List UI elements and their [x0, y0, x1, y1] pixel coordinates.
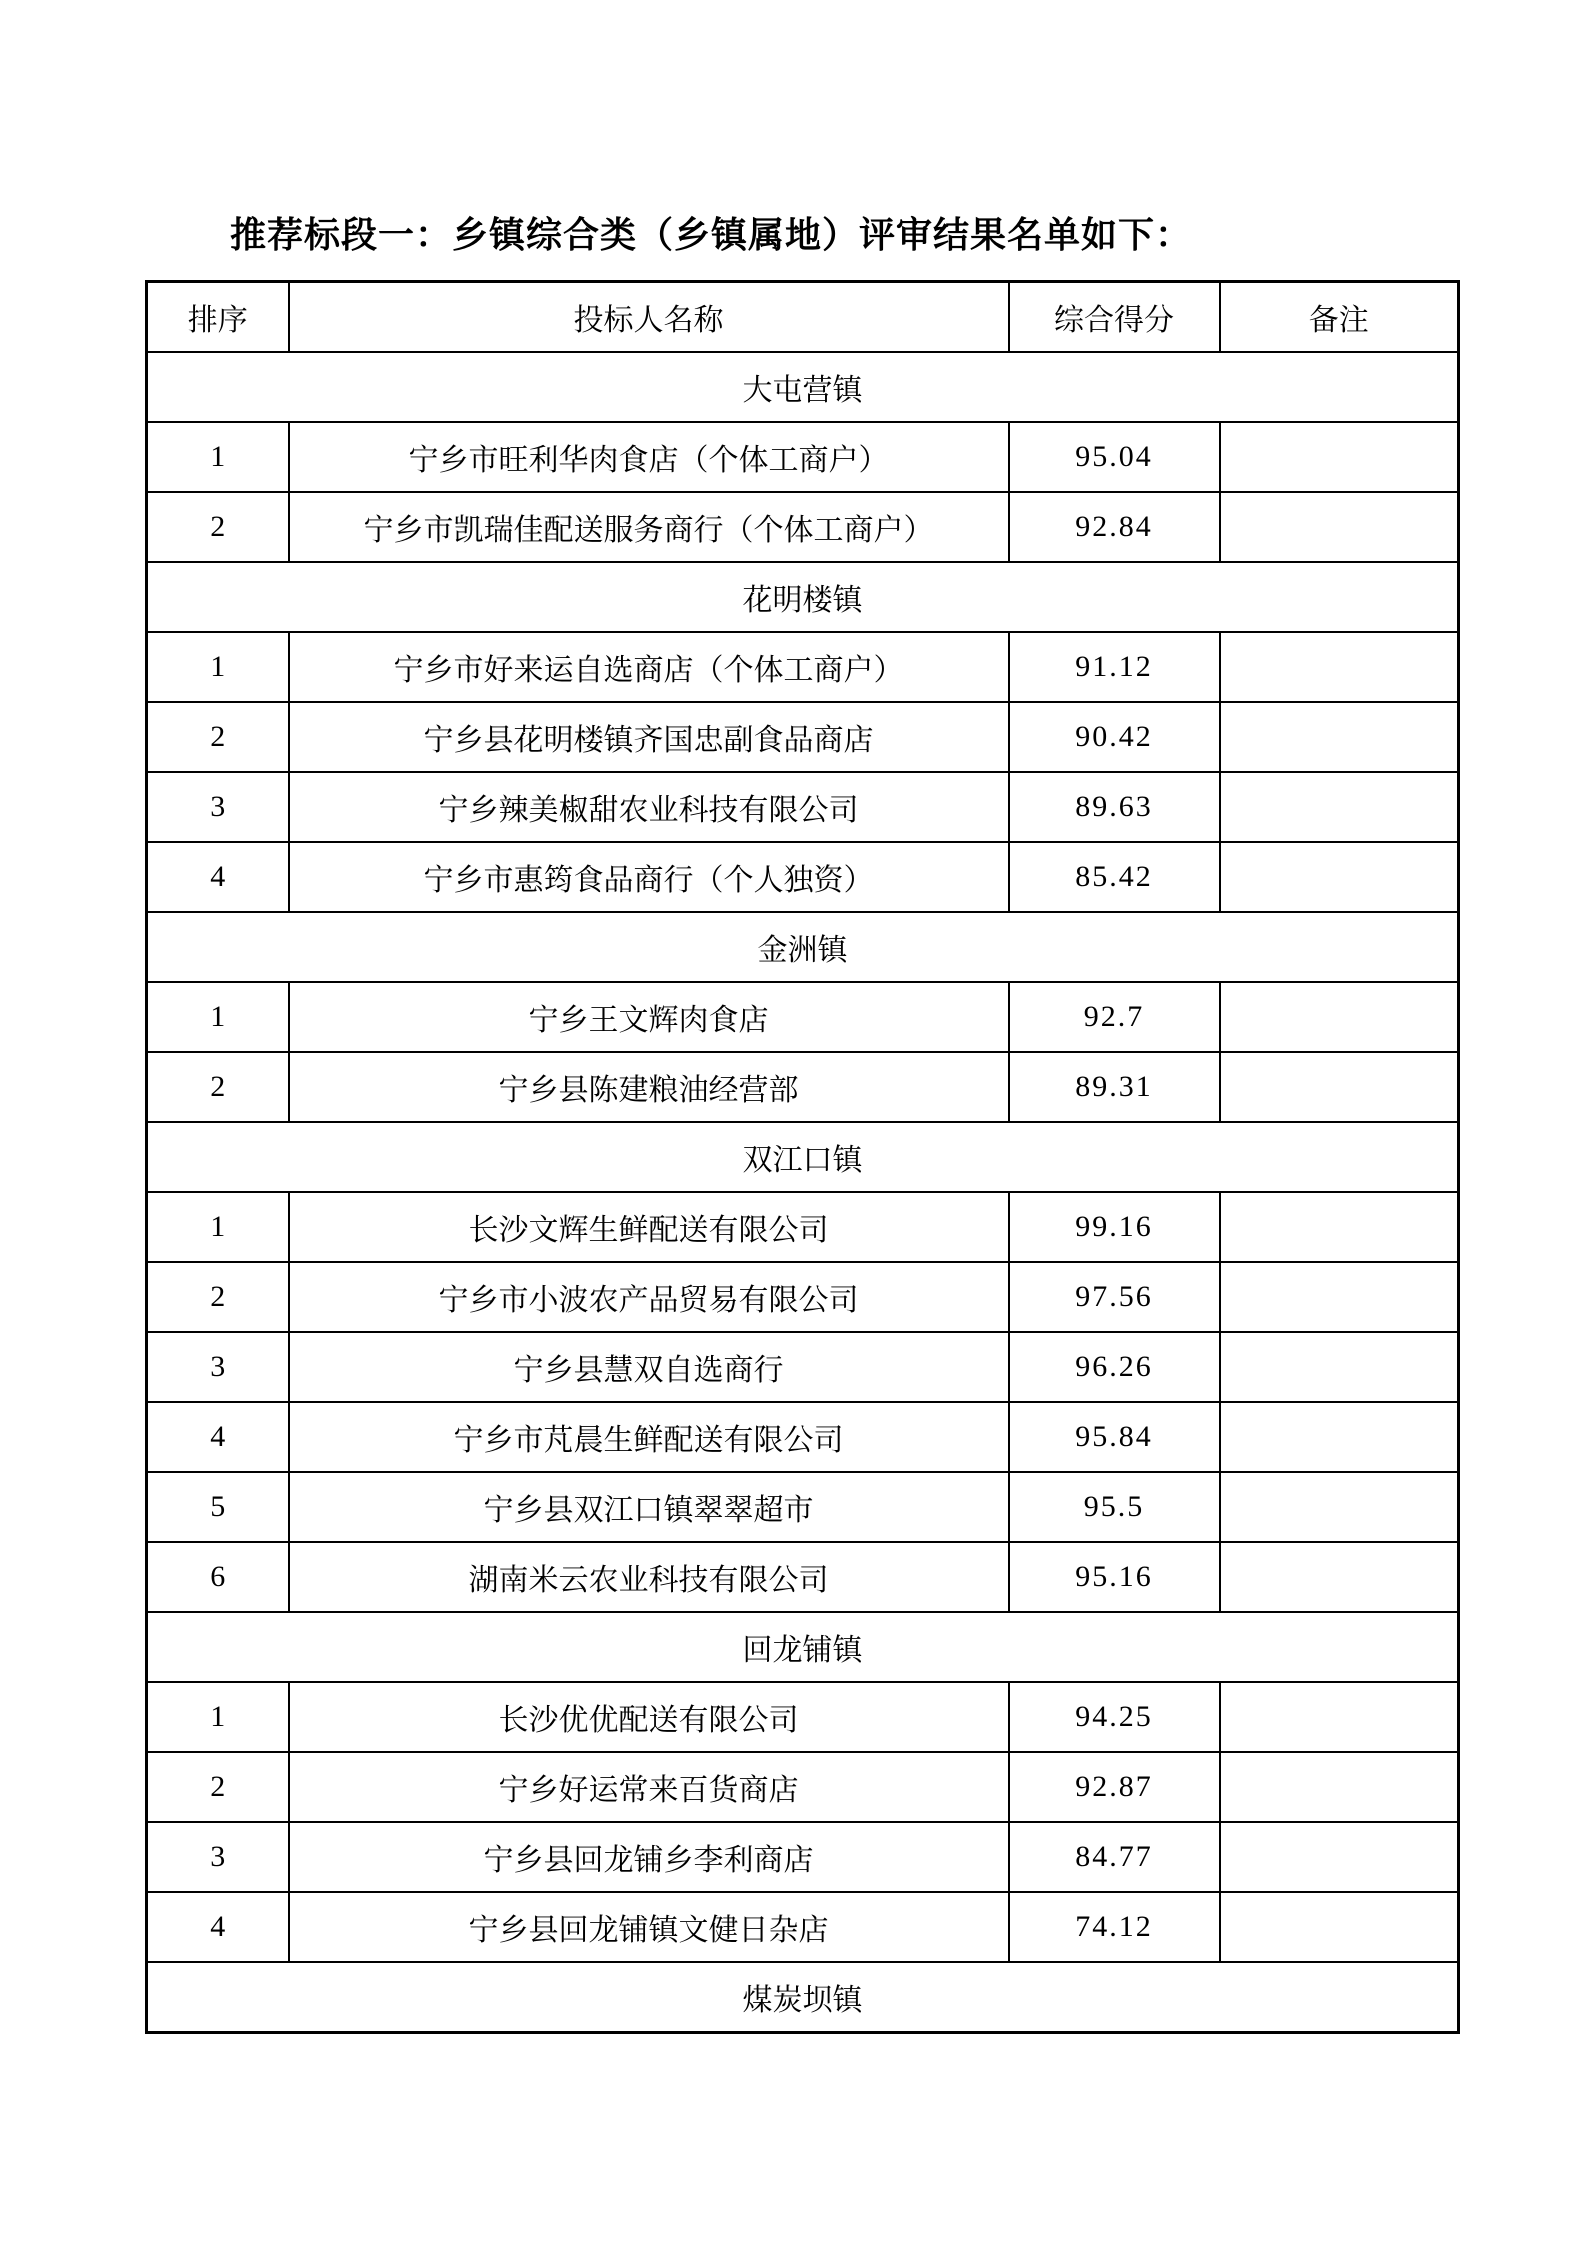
rank-cell: 2 [147, 492, 289, 562]
table-row: 3宁乡县慧双自选商行96.26 [147, 1332, 1459, 1402]
section-name: 回龙铺镇 [147, 1612, 1459, 1682]
bidder-cell: 湖南米云农业科技有限公司 [289, 1542, 1009, 1612]
section-name: 金洲镇 [147, 912, 1459, 982]
bidder-cell: 宁乡好运常来百货商店 [289, 1752, 1009, 1822]
table-row: 4宁乡市芃晨生鲜配送有限公司95.84 [147, 1402, 1459, 1472]
section-name: 煤炭坝镇 [147, 1962, 1459, 2033]
section-row: 大屯营镇 [147, 352, 1459, 422]
section-name: 双江口镇 [147, 1122, 1459, 1192]
bidder-cell: 宁乡县花明楼镇齐国忠副食品商店 [289, 702, 1009, 772]
table-row: 1宁乡王文辉肉食店92.7 [147, 982, 1459, 1052]
document-title: 推荐标段一：乡镇综合类（乡镇属地）评审结果名单如下： [230, 207, 1192, 258]
score-cell: 99.16 [1009, 1192, 1220, 1262]
rank-cell: 4 [147, 842, 289, 912]
rank-cell: 1 [147, 982, 289, 1052]
rank-cell: 6 [147, 1542, 289, 1612]
score-cell: 84.77 [1009, 1822, 1220, 1892]
table-row: 4宁乡市惠筠食品商行（个人独资）85.42 [147, 842, 1459, 912]
table-row: 1长沙文辉生鲜配送有限公司99.16 [147, 1192, 1459, 1262]
section-row: 金洲镇 [147, 912, 1459, 982]
table-row: 4宁乡县回龙铺镇文健日杂店74.12 [147, 1892, 1459, 1962]
bidder-cell: 宁乡市好来运自选商店（个体工商户） [289, 632, 1009, 702]
results-table-body: 大屯营镇1宁乡市旺利华肉食店（个体工商户）95.042宁乡市凯瑞佳配送服务商行（… [147, 352, 1459, 2033]
bidder-cell: 长沙文辉生鲜配送有限公司 [289, 1192, 1009, 1262]
remark-cell [1220, 702, 1459, 772]
score-cell: 85.42 [1009, 842, 1220, 912]
score-cell: 91.12 [1009, 632, 1220, 702]
rank-cell: 3 [147, 772, 289, 842]
table-row: 2宁乡市小波农产品贸易有限公司97.56 [147, 1262, 1459, 1332]
table-row: 2宁乡市凯瑞佳配送服务商行（个体工商户）92.84 [147, 492, 1459, 562]
table-row: 2宁乡县陈建粮油经营部89.31 [147, 1052, 1459, 1122]
remark-cell [1220, 1892, 1459, 1962]
rank-cell: 3 [147, 1822, 289, 1892]
results-table: 排序 投标人名称 综合得分 备注 大屯营镇1宁乡市旺利华肉食店（个体工商户）95… [145, 280, 1460, 2034]
bidder-cell: 宁乡县双江口镇翠翠超市 [289, 1472, 1009, 1542]
rank-cell: 1 [147, 632, 289, 702]
rank-cell: 1 [147, 422, 289, 492]
remark-cell [1220, 1402, 1459, 1472]
score-cell: 92.84 [1009, 492, 1220, 562]
bidder-cell: 宁乡市惠筠食品商行（个人独资） [289, 842, 1009, 912]
remark-cell [1220, 1472, 1459, 1542]
table-row: 2宁乡县花明楼镇齐国忠副食品商店90.42 [147, 702, 1459, 772]
score-cell: 95.04 [1009, 422, 1220, 492]
remark-cell [1220, 492, 1459, 562]
score-cell: 89.63 [1009, 772, 1220, 842]
results-table-head: 排序 投标人名称 综合得分 备注 [147, 282, 1459, 353]
remark-cell [1220, 1262, 1459, 1332]
bidder-cell: 宁乡县慧双自选商行 [289, 1332, 1009, 1402]
score-cell: 96.26 [1009, 1332, 1220, 1402]
score-cell: 92.7 [1009, 982, 1220, 1052]
score-cell: 95.5 [1009, 1472, 1220, 1542]
rank-cell: 2 [147, 1752, 289, 1822]
score-cell: 95.16 [1009, 1542, 1220, 1612]
score-cell: 97.56 [1009, 1262, 1220, 1332]
table-row: 5宁乡县双江口镇翠翠超市95.5 [147, 1472, 1459, 1542]
bidder-cell: 宁乡市旺利华肉食店（个体工商户） [289, 422, 1009, 492]
remark-cell [1220, 842, 1459, 912]
table-row: 2宁乡好运常来百货商店92.87 [147, 1752, 1459, 1822]
bidder-cell: 宁乡县回龙铺镇文健日杂店 [289, 1892, 1009, 1962]
table-row: 3宁乡辣美椒甜农业科技有限公司89.63 [147, 772, 1459, 842]
score-cell: 89.31 [1009, 1052, 1220, 1122]
score-cell: 74.12 [1009, 1892, 1220, 1962]
section-name: 花明楼镇 [147, 562, 1459, 632]
bidder-cell: 宁乡县陈建粮油经营部 [289, 1052, 1009, 1122]
remark-cell [1220, 1052, 1459, 1122]
col-header-remark: 备注 [1220, 282, 1459, 353]
table-row: 6湖南米云农业科技有限公司95.16 [147, 1542, 1459, 1612]
table-row: 1长沙优优配送有限公司94.25 [147, 1682, 1459, 1752]
score-cell: 94.25 [1009, 1682, 1220, 1752]
col-header-score: 综合得分 [1009, 282, 1220, 353]
remark-cell [1220, 1822, 1459, 1892]
section-row: 双江口镇 [147, 1122, 1459, 1192]
bidder-cell: 宁乡市凯瑞佳配送服务商行（个体工商户） [289, 492, 1009, 562]
bidder-cell: 宁乡县回龙铺乡李利商店 [289, 1822, 1009, 1892]
score-cell: 90.42 [1009, 702, 1220, 772]
rank-cell: 3 [147, 1332, 289, 1402]
section-row: 花明楼镇 [147, 562, 1459, 632]
section-name: 大屯营镇 [147, 352, 1459, 422]
section-row: 回龙铺镇 [147, 1612, 1459, 1682]
rank-cell: 2 [147, 1262, 289, 1332]
remark-cell [1220, 422, 1459, 492]
bidder-cell: 宁乡王文辉肉食店 [289, 982, 1009, 1052]
remark-cell [1220, 632, 1459, 702]
bidder-cell: 长沙优优配送有限公司 [289, 1682, 1009, 1752]
remark-cell [1220, 1542, 1459, 1612]
document-page: 推荐标段一：乡镇综合类（乡镇属地）评审结果名单如下： 排序 投标人名称 综合得分… [0, 0, 1587, 2245]
rank-cell: 1 [147, 1192, 289, 1262]
table-row: 3宁乡县回龙铺乡李利商店84.77 [147, 1822, 1459, 1892]
results-table-container: 排序 投标人名称 综合得分 备注 大屯营镇1宁乡市旺利华肉食店（个体工商户）95… [145, 280, 1457, 2034]
remark-cell [1220, 1332, 1459, 1402]
bidder-cell: 宁乡市芃晨生鲜配送有限公司 [289, 1402, 1009, 1472]
header-row: 排序 投标人名称 综合得分 备注 [147, 282, 1459, 353]
rank-cell: 2 [147, 702, 289, 772]
rank-cell: 1 [147, 1682, 289, 1752]
rank-cell: 4 [147, 1402, 289, 1472]
bidder-cell: 宁乡辣美椒甜农业科技有限公司 [289, 772, 1009, 842]
col-header-rank: 排序 [147, 282, 289, 353]
bidder-cell: 宁乡市小波农产品贸易有限公司 [289, 1262, 1009, 1332]
rank-cell: 5 [147, 1472, 289, 1542]
table-row: 1宁乡市旺利华肉食店（个体工商户）95.04 [147, 422, 1459, 492]
rank-cell: 4 [147, 1892, 289, 1962]
remark-cell [1220, 982, 1459, 1052]
table-row: 1宁乡市好来运自选商店（个体工商户）91.12 [147, 632, 1459, 702]
remark-cell [1220, 1682, 1459, 1752]
col-header-bidder: 投标人名称 [289, 282, 1009, 353]
score-cell: 95.84 [1009, 1402, 1220, 1472]
score-cell: 92.87 [1009, 1752, 1220, 1822]
remark-cell [1220, 772, 1459, 842]
section-row: 煤炭坝镇 [147, 1962, 1459, 2033]
remark-cell [1220, 1192, 1459, 1262]
rank-cell: 2 [147, 1052, 289, 1122]
remark-cell [1220, 1752, 1459, 1822]
